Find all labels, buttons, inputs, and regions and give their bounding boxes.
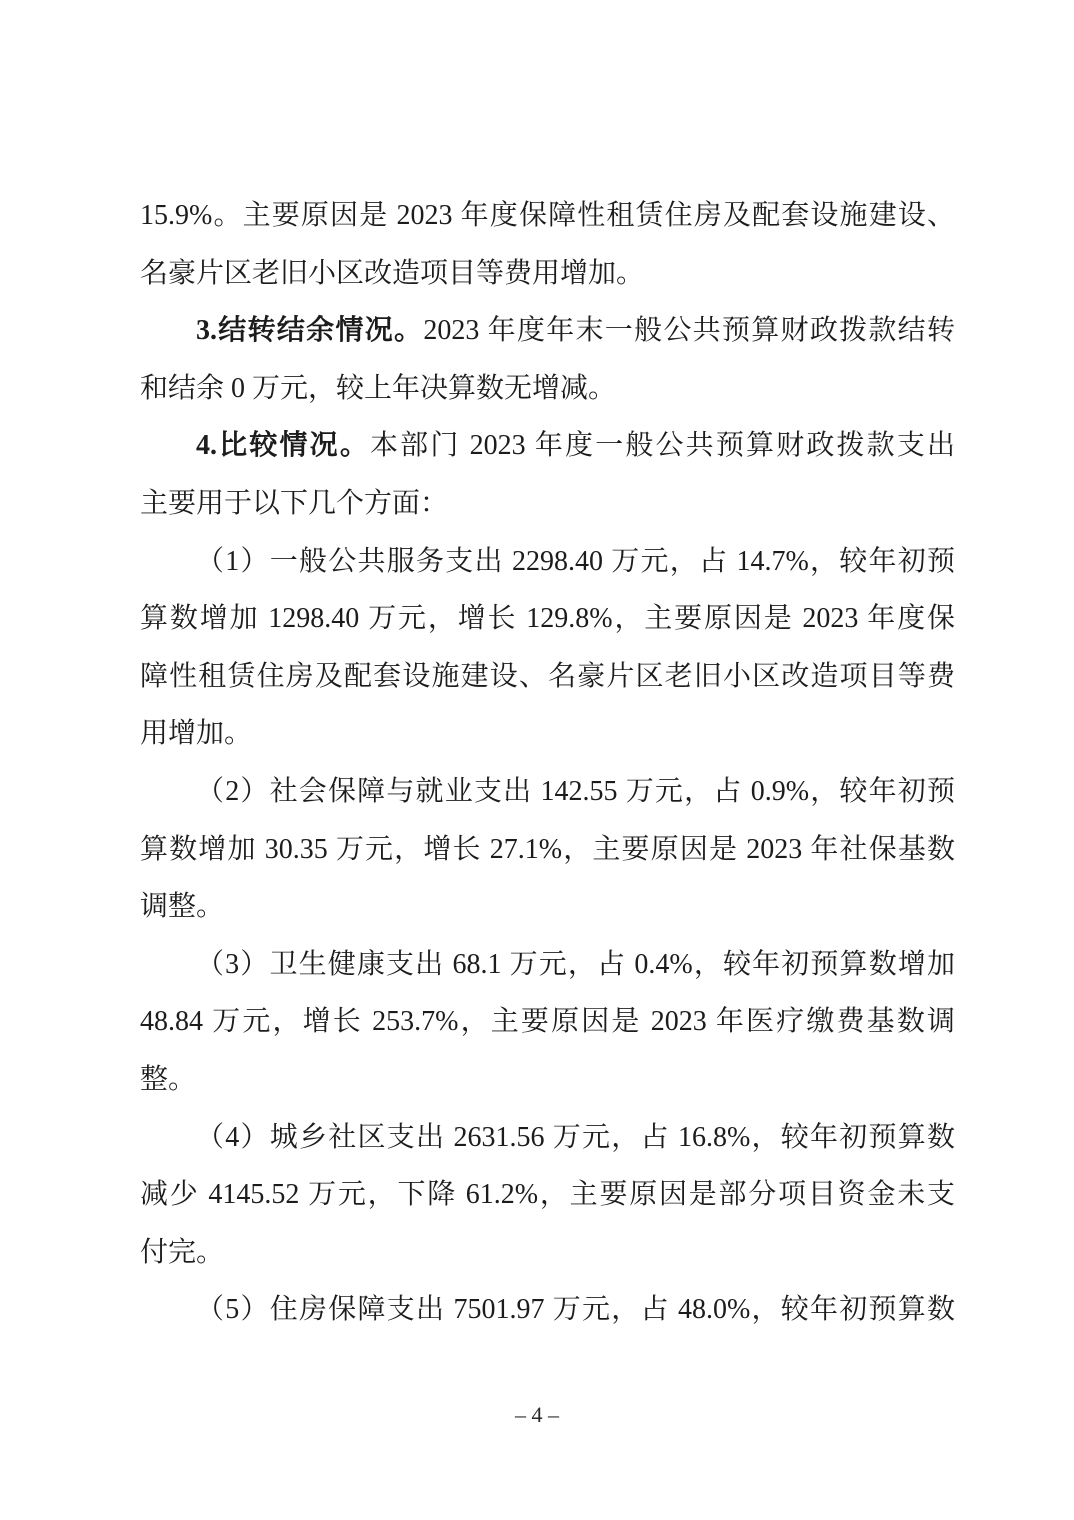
body-line: 障性租赁住房及配套设施建设、名豪片区老旧小区改造项目等费 bbox=[140, 648, 955, 706]
section-heading: 4.比较情况。 bbox=[196, 430, 370, 461]
body-line: 算数增加 30.35 万元，增长 27.1%，主要原因是 2023 年社保基数 bbox=[140, 821, 955, 879]
body-line: 调整。 bbox=[140, 878, 955, 936]
body-line: 名豪片区老旧小区改造项目等费用增加。 bbox=[140, 245, 955, 303]
body-line: 减少 4145.52 万元，下降 61.2%，主要原因是部分项目资金未支 bbox=[140, 1166, 955, 1224]
body-line: （5）住房保障支出 7501.97 万元，占 48.0%，较年初预算数 bbox=[140, 1281, 955, 1339]
body-text: 2023 年度年末一般公共预算财政拨款结转 bbox=[423, 315, 955, 346]
body-line: 3.结转结余情况。2023 年度年末一般公共预算财政拨款结转 bbox=[140, 302, 955, 360]
body-line: （1）一般公共服务支出 2298.40 万元，占 14.7%，较年初预 bbox=[140, 533, 955, 591]
body-text: 本部门 2023 年度一般公共预算财政拨款支出 bbox=[370, 430, 955, 461]
body-line: （4）城乡社区支出 2631.56 万元，占 16.8%，较年初预算数 bbox=[140, 1109, 955, 1167]
body-line: 4.比较情况。本部门 2023 年度一般公共预算财政拨款支出 bbox=[140, 417, 955, 475]
body-line: （2）社会保障与就业支出 142.55 万元，占 0.9%，较年初预 bbox=[140, 763, 955, 821]
page-number: – 4 – bbox=[0, 1402, 1074, 1428]
body-line: 主要用于以下几个方面： bbox=[140, 475, 955, 533]
body-line: 48.84 万元，增长 253.7%，主要原因是 2023 年医疗缴费基数调 bbox=[140, 993, 955, 1051]
body-line: 用增加。 bbox=[140, 705, 955, 763]
section-heading: 3.结转结余情况。 bbox=[196, 315, 423, 346]
body-line: 和结余 0 万元，较上年决算数无增减。 bbox=[140, 360, 955, 418]
body-line: 15.9%。主要原因是 2023 年度保障性租赁住房及配套设施建设、 bbox=[140, 187, 955, 245]
body-line: 算数增加 1298.40 万元，增长 129.8%，主要原因是 2023 年度保 bbox=[140, 590, 955, 648]
document-page: 15.9%。主要原因是 2023 年度保障性租赁住房及配套设施建设、 名豪片区老… bbox=[0, 0, 1074, 1520]
body-line: 整。 bbox=[140, 1051, 955, 1109]
body-line: （3）卫生健康支出 68.1 万元，占 0.4%，较年初预算数增加 bbox=[140, 936, 955, 994]
document-body: 15.9%。主要原因是 2023 年度保障性租赁住房及配套设施建设、 名豪片区老… bbox=[140, 187, 955, 1339]
body-line: 付完。 bbox=[140, 1224, 955, 1282]
